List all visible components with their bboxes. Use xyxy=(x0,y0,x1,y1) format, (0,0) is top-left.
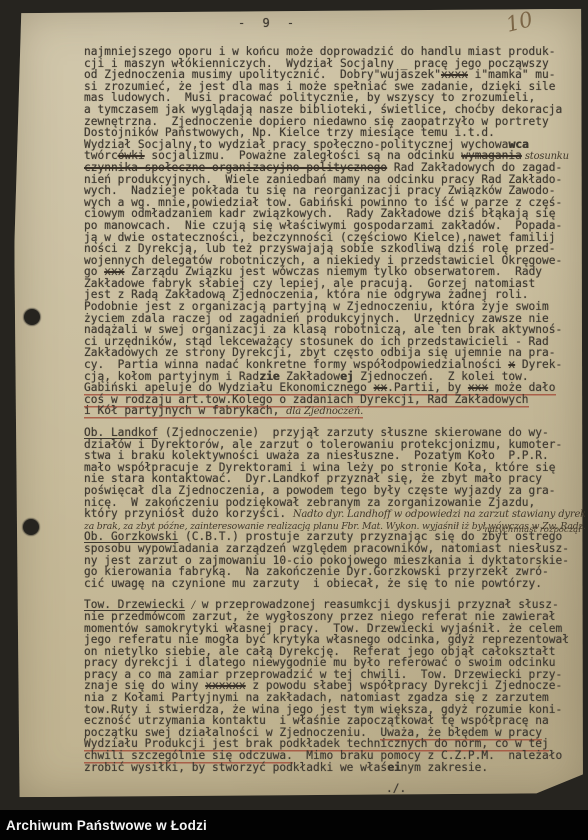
text-line: który przyniósł dużo korzyści. Nadto dyr… xyxy=(84,508,585,520)
text-segment-overtype: ei xyxy=(387,761,400,774)
text-segment-red-underline: i Kół partyjnych w fabrykach, xyxy=(84,404,286,417)
paragraph-landkof-gorzkowski: Ob. Landkof (Zjednoczenie) przyjął zarzu… xyxy=(84,427,585,589)
archive-watermark-bar: Archiwum Państwowe w Łodzi xyxy=(0,810,588,840)
text-line: cić uwagę na czynione mu zarzuty i obiec… xyxy=(84,578,585,590)
text-segment-handwritten-sup: natychmiast rozpoczął xyxy=(484,525,581,537)
hole-punch-dot xyxy=(23,519,39,535)
text-segment-handwritten: Nadto dyr. Landhoff w odpowiedzi na zarz… xyxy=(293,509,585,520)
text-segment: który przyniósł dużo korzyści. xyxy=(84,507,293,520)
text-line: zrobić wysiłki, by stworzyć podkładki we… xyxy=(84,762,585,774)
text-segment: ./. xyxy=(386,782,406,795)
text-segment: zrobić wysiłki, by stworzyć podkładki we… xyxy=(84,761,387,774)
text-segment-handwritten: dla Zjednoczeń. xyxy=(286,406,363,417)
text-segment: cić uwagę na czynione mu zarzuty i obiec… xyxy=(84,577,542,590)
paragraph-wydzial-socjalny: najmniejszego oporu i w końcu może dopro… xyxy=(84,46,585,417)
text-segment: nym zakresie. xyxy=(401,761,489,774)
page-number: - 9 - xyxy=(238,16,299,30)
text-line: i Kół partyjnych w fabrykach, dla Zjedno… xyxy=(84,405,585,417)
archive-watermark-text: Archiwum Państwowe w Łodzi xyxy=(0,818,207,833)
scanned-document-screenshot: - 9 - 10 najmniejszego oporu i w końcu m… xyxy=(0,0,588,840)
text-line: ./. xyxy=(386,783,585,795)
hole-punch-dot xyxy=(24,309,40,325)
paragraph-drzewiecki: Tow. Drzewiecki / w przeprowadzonej reas… xyxy=(84,599,585,773)
end-mark: ./. xyxy=(84,783,585,795)
document-text: najmniejszego oporu i w końcu może dopro… xyxy=(84,46,585,795)
